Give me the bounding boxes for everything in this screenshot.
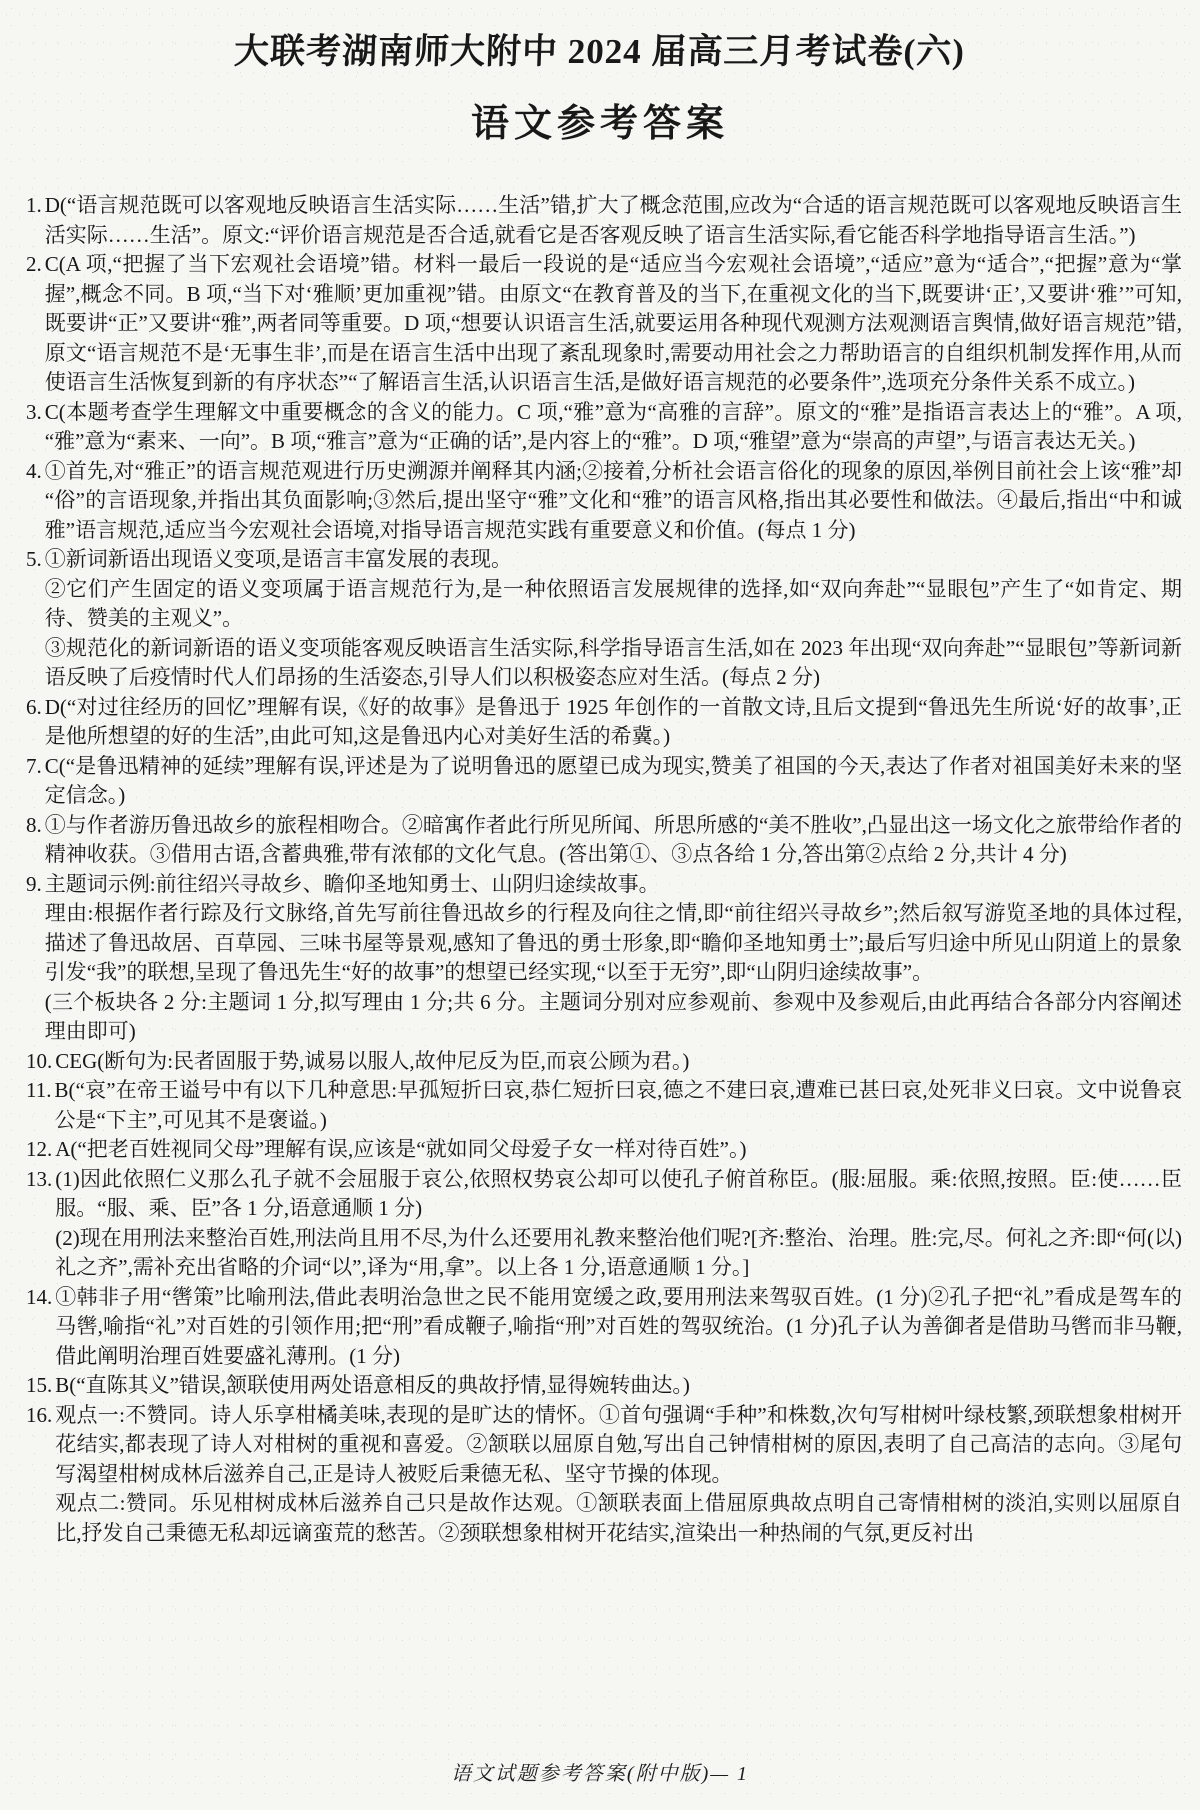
answer-item: 6. D(“对过往经历的回忆”理解有误,《好的故事》是鲁迅于 1925 年创作的… — [26, 693, 1182, 752]
answer-item: 15. B(“直陈其义”错误,颔联使用两处语意相反的典故抒情,显得婉转曲达。) — [26, 1371, 1182, 1401]
answer-item: 14. ①韩非子用“辔策”比喻刑法,借此表明治急世之民不能用宽缓之政,要用刑法来… — [26, 1283, 1182, 1372]
page-subtitle: 语文参考答案 — [0, 92, 1200, 147]
answer-paragraph: (2)现在用刑法来整治百姓,刑法尚且用不尽,为什么还要用礼教来整治他们呢?[齐:… — [55, 1224, 1182, 1283]
answer-paragraph: 观点一:不赞同。诗人乐享柑橘美味,表现的是旷达的情怀。①首句强调“手种”和株数,… — [55, 1401, 1182, 1490]
page-footer: 语文试题参考答案(附中版)— 1 — [0, 1757, 1200, 1786]
answer-paragraph: 主题词示例:前往绍兴寻故乡、瞻仰圣地知勇士、山阴归途续故事。 — [45, 870, 1182, 900]
item-number: 2. — [26, 250, 45, 398]
item-number: 13. — [26, 1165, 55, 1283]
item-body: C(A 项,“把握了当下宏观社会语境”错。材料一最后一段说的是“适应当今宏观社会… — [45, 250, 1182, 398]
item-body: ①与作者游历鲁迅故乡的旅程相吻合。②暗寓作者此行所见所闻、所思所感的“美不胜收”… — [45, 811, 1182, 870]
item-number: 14. — [26, 1283, 55, 1372]
item-number: 6. — [26, 693, 45, 752]
answer-item: 8. ①与作者游历鲁迅故乡的旅程相吻合。②暗寓作者此行所见所闻、所思所感的“美不… — [26, 811, 1182, 870]
answer-item: 10. CEG(断句为:民者固服于势,诚易以服人,故仲尼反为臣,而哀公顾为君。) — [26, 1047, 1182, 1077]
item-body: (1)因此依照仁义那么孔子就不会屈服于哀公,依照权势哀公却可以使孔子俯首称臣。(… — [55, 1165, 1182, 1283]
item-body: ①新词新语出现语义变项,是语言丰富发展的表现。②它们产生固定的语义变项属于语言规… — [45, 545, 1182, 693]
answer-item: 4. ①首先,对“雅正”的语言规范观进行历史溯源并阐释其内涵;②接着,分析社会语… — [26, 457, 1182, 546]
answer-paragraph: ③规范化的新词新语的语义变项能客观反映语言生活实际,科学指导语言生活,如在 20… — [45, 634, 1182, 693]
answer-paragraph: C(A 项,“把握了当下宏观社会语境”错。材料一最后一段说的是“适应当今宏观社会… — [45, 250, 1182, 398]
answer-paragraph: C(本题考查学生理解文中重要概念的含义的能力。C 项,“雅”意为“高雅的言辞”。… — [45, 398, 1182, 457]
item-number: 8. — [26, 811, 45, 870]
item-number: 5. — [26, 545, 45, 693]
item-body: ①韩非子用“辔策”比喻刑法,借此表明治急世之民不能用宽缓之政,要用刑法来驾驭百姓… — [55, 1283, 1182, 1372]
answer-paragraph: ②它们产生固定的语义变项属于语言规范行为,是一种依照语言发展规律的选择,如“双向… — [45, 575, 1182, 634]
item-body: 主题词示例:前往绍兴寻故乡、瞻仰圣地知勇士、山阴归途续故事。理由:根据作者行踪及… — [45, 870, 1182, 1047]
item-number: 1. — [26, 191, 45, 250]
answer-item: 16. 观点一:不赞同。诗人乐享柑橘美味,表现的是旷达的情怀。①首句强调“手种”… — [26, 1401, 1182, 1549]
answer-paragraph: D(“对过往经历的回忆”理解有误,《好的故事》是鲁迅于 1925 年创作的一首散… — [45, 693, 1182, 752]
item-number: 11. — [26, 1076, 54, 1135]
answer-paragraph: C(“是鲁迅精神的延续”理解有误,评述是为了说明鲁迅的愿望已成为现实,赞美了祖国… — [45, 752, 1182, 811]
answer-item: 1. D(“语言规范既可以客观地反映语言生活实际……生活”错,扩大了概念范围,应… — [26, 191, 1182, 250]
item-body: C(“是鲁迅精神的延续”理解有误,评述是为了说明鲁迅的愿望已成为现实,赞美了祖国… — [45, 752, 1182, 811]
answer-paragraph: ①新词新语出现语义变项,是语言丰富发展的表现。 — [45, 545, 1182, 575]
item-number: 12. — [26, 1135, 55, 1165]
answer-paragraph: 理由:根据作者行踪及行文脉络,首先写前往鲁迅故乡的行程及向往之情,即“前往绍兴寻… — [45, 899, 1182, 988]
answer-paragraph: B(“哀”在帝王谥号中有以下几种意思:早孤短折曰哀,恭仁短折曰哀,德之不建曰哀,… — [54, 1076, 1182, 1135]
answer-item: 13. (1)因此依照仁义那么孔子就不会屈服于哀公,依照权势哀公却可以使孔子俯首… — [26, 1165, 1182, 1283]
item-body: 观点一:不赞同。诗人乐享柑橘美味,表现的是旷达的情怀。①首句强调“手种”和株数,… — [55, 1401, 1182, 1549]
item-body: B(“直陈其义”错误,颔联使用两处语意相反的典故抒情,显得婉转曲达。) — [55, 1371, 1182, 1401]
answer-item: 12. A(“把老百姓视同父母”理解有误,应该是“就如同父母爱子女一样对待百姓”… — [26, 1135, 1182, 1165]
answer-item: 9. 主题词示例:前往绍兴寻故乡、瞻仰圣地知勇士、山阴归途续故事。理由:根据作者… — [26, 870, 1182, 1047]
answer-item: 5. ①新词新语出现语义变项,是语言丰富发展的表现。②它们产生固定的语义变项属于… — [26, 545, 1182, 693]
item-number: 9. — [26, 870, 45, 1047]
answer-paragraph: A(“把老百姓视同父母”理解有误,应该是“就如同父母爱子女一样对待百姓”。) — [55, 1135, 1182, 1165]
answer-paragraph: 观点二:赞同。乐见柑树成林后滋养自己只是故作达观。①颔联表面上借屈原典故点明自己… — [55, 1489, 1182, 1548]
answer-paragraph: (1)因此依照仁义那么孔子就不会屈服于哀公,依照权势哀公却可以使孔子俯首称臣。(… — [55, 1165, 1182, 1224]
answer-paragraph: ①韩非子用“辔策”比喻刑法,借此表明治急世之民不能用宽缓之政,要用刑法来驾驭百姓… — [55, 1283, 1182, 1372]
item-body: A(“把老百姓视同父母”理解有误,应该是“就如同父母爱子女一样对待百姓”。) — [55, 1135, 1182, 1165]
answer-paragraph: D(“语言规范既可以客观地反映语言生活实际……生活”错,扩大了概念范围,应改为“… — [45, 191, 1182, 250]
answer-item: 3. C(本题考查学生理解文中重要概念的含义的能力。C 项,“雅”意为“高雅的言… — [26, 398, 1182, 457]
answer-paragraph: ①首先,对“雅正”的语言规范观进行历史溯源并阐释其内涵;②接着,分析社会语言俗化… — [45, 457, 1182, 546]
answer-list: 1. D(“语言规范既可以客观地反映语言生活实际……生活”错,扩大了概念范围,应… — [26, 191, 1182, 1548]
item-body: CEG(断句为:民者固服于势,诚易以服人,故仲尼反为臣,而哀公顾为君。) — [55, 1047, 1182, 1077]
item-body: C(本题考查学生理解文中重要概念的含义的能力。C 项,“雅”意为“高雅的言辞”。… — [45, 398, 1182, 457]
item-number: 10. — [26, 1047, 55, 1077]
item-body: B(“哀”在帝王谥号中有以下几种意思:早孤短折曰哀,恭仁短折曰哀,德之不建曰哀,… — [54, 1076, 1182, 1135]
answer-item: 2. C(A 项,“把握了当下宏观社会语境”错。材料一最后一段说的是“适应当今宏… — [26, 250, 1182, 398]
item-number: 3. — [26, 398, 45, 457]
scanned-answer-sheet-page: 大联考湖南师大附中 2024 届高三月考试卷(六) 语文参考答案 1. D(“语… — [0, 0, 1200, 1810]
answer-item: 7. C(“是鲁迅精神的延续”理解有误,评述是为了说明鲁迅的愿望已成为现实,赞美… — [26, 752, 1182, 811]
page-title: 大联考湖南师大附中 2024 届高三月考试卷(六) — [0, 0, 1200, 74]
item-number: 4. — [26, 457, 45, 546]
answer-paragraph: (三个板块各 2 分:主题词 1 分,拟写理由 1 分;共 6 分。主题词分别对… — [45, 988, 1182, 1047]
item-body: D(“对过往经历的回忆”理解有误,《好的故事》是鲁迅于 1925 年创作的一首散… — [45, 693, 1182, 752]
item-number: 16. — [26, 1401, 55, 1549]
item-body: ①首先,对“雅正”的语言规范观进行历史溯源并阐释其内涵;②接着,分析社会语言俗化… — [45, 457, 1182, 546]
answer-paragraph: B(“直陈其义”错误,颔联使用两处语意相反的典故抒情,显得婉转曲达。) — [55, 1371, 1182, 1401]
answer-paragraph: CEG(断句为:民者固服于势,诚易以服人,故仲尼反为臣,而哀公顾为君。) — [55, 1047, 1182, 1077]
answer-item: 11. B(“哀”在帝王谥号中有以下几种意思:早孤短折曰哀,恭仁短折曰哀,德之不… — [26, 1076, 1182, 1135]
item-body: D(“语言规范既可以客观地反映语言生活实际……生活”错,扩大了概念范围,应改为“… — [45, 191, 1182, 250]
item-number: 15. — [26, 1371, 55, 1401]
answer-paragraph: ①与作者游历鲁迅故乡的旅程相吻合。②暗寓作者此行所见所闻、所思所感的“美不胜收”… — [45, 811, 1182, 870]
item-number: 7. — [26, 752, 45, 811]
